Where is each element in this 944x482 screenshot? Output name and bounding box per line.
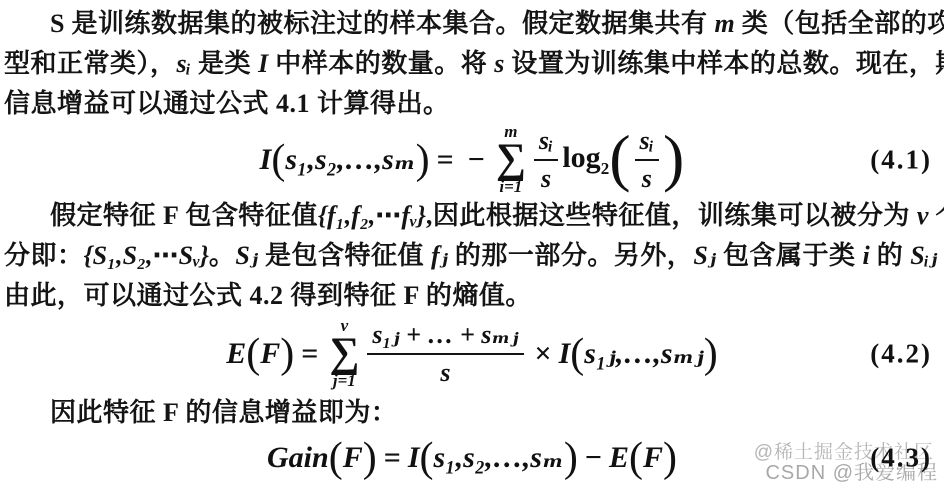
text-run: 分即： <box>4 241 84 270</box>
text-run: 信息增益可以通过公式 4.1 计算得出。 <box>4 89 450 118</box>
denominator: s <box>541 161 551 194</box>
times-sign: × <box>535 337 552 370</box>
var-Sj-2: Sⱼ <box>693 241 716 270</box>
fraction-si-over-s: sᵢs <box>534 126 559 194</box>
text-run: 由此，可以通过公式 4.2 得到特征 F 的熵值。 <box>4 281 532 310</box>
formula-rhs: ×I(s₁ⱼ,…,sₘⱼ) <box>528 339 718 369</box>
numerator: sᵢ <box>635 126 660 161</box>
equation-number-4-3: (4.3) <box>870 443 932 474</box>
paragraph-2: 假定特征 F 包含特征值{f₁,f₂,⋯fᵥ},因此根据这些特征值，训练集可以被… <box>0 196 944 316</box>
var-I: I <box>258 49 268 78</box>
formula-4-1-row: I(s₁,s₂,…,sₘ)=− m∑i=1 sᵢs log2 ( sᵢs ) (… <box>0 124 944 196</box>
text-run: 。 <box>209 241 236 270</box>
numerator: sᵢ <box>534 126 559 161</box>
formula-gain: Gain(F)=I(s₁,s₂,…,sₘ)−E(F) <box>267 443 677 473</box>
func-I: I <box>260 143 272 176</box>
text-run: 个部 <box>928 201 944 230</box>
formula-4-3: Gain(F)=I(s₁,s₂,…,sₘ)−E(F) <box>267 443 677 473</box>
paragraph-1-line-3: 信息增益可以通过公式 4.1 计算得出。 <box>0 84 944 124</box>
formula-4-2-row: E(F)= v∑j=1 s₁ⱼ + … + sₘⱼs ×I(s₁ⱼ,…,sₘⱼ)… <box>0 316 944 392</box>
formula-4-2: E(F)= v∑j=1 s₁ⱼ + … + sₘⱼs ×I(s₁ⱼ,…,sₘⱼ) <box>226 317 718 390</box>
text-run: 是类 <box>191 49 258 78</box>
arg-F: F <box>260 337 280 370</box>
sigma-symbol: ∑ <box>329 336 359 372</box>
var-si: sᵢ <box>177 49 192 78</box>
numerator: s₁ⱼ + … + sₘⱼ <box>367 320 523 355</box>
sum-lower-limit: i=1 <box>499 178 522 197</box>
paragraph-3: 因此特征 F 的信息增益即为： <box>0 392 944 434</box>
paragraph-1-line-1: S 是训练数据集的被标注过的样本集合。假定数据集共有 m 类（包括全部的攻击类 <box>0 4 944 44</box>
args-s1j-smj: s₁ⱼ,…,sₘⱼ <box>584 337 703 370</box>
equation-number-4-2: (4.2) <box>870 339 932 370</box>
var-Sij: Sᵢⱼ <box>910 241 937 270</box>
formula-4-1: I(s₁,s₂,…,sₘ)=− m∑i=1 sᵢs log2 ( sᵢs ) <box>260 123 685 196</box>
args-s1-sm: s₁,s₂,…,sₘ <box>285 143 415 176</box>
fraction-si-over-s-2: sᵢs <box>635 126 660 194</box>
set-S-values: {S₁,S₂,⋯Sᵥ} <box>84 241 209 270</box>
var-m: m <box>714 9 734 38</box>
minus-sign: − <box>468 143 485 176</box>
func-E: E <box>609 441 629 474</box>
denominator: s <box>440 355 450 388</box>
text-run: 因此特征 F 的信息增益即为： <box>50 398 397 427</box>
equals-sign: = <box>384 441 401 474</box>
denominator: s <box>642 161 652 194</box>
formula-lhs: I(s₁,s₂,…,sₘ)=− <box>260 145 492 175</box>
paragraph-2-line-3: 由此，可以通过公式 4.2 得到特征 F 的熵值。 <box>0 276 944 316</box>
minus-sign: − <box>585 441 602 474</box>
arg-F: F <box>343 441 363 474</box>
text-run: 中样本的数量。将 <box>268 49 494 78</box>
summation: v∑j=1 <box>329 317 359 390</box>
text-run: 包含属于类 <box>716 241 863 270</box>
var-i: i <box>863 241 870 270</box>
text-run: ,因此根据这些特征值，训练集可以被分为 <box>426 201 917 230</box>
func-E: E <box>226 337 246 370</box>
equation-number-4-1: (4.1) <box>870 145 932 176</box>
log-base: 2 <box>601 159 610 178</box>
func-I: I <box>408 441 420 474</box>
text-run: 的那一部分。另外， <box>448 241 694 270</box>
text-run: 假定特征 F 包含特征值 <box>50 201 318 230</box>
equals-sign: = <box>301 337 318 370</box>
sum-lower-limit: j=1 <box>333 372 356 391</box>
text-run: 的 <box>870 241 911 270</box>
arg-F-2: F <box>643 441 663 474</box>
func-I: I <box>559 337 571 370</box>
text-run: 设置为训练集中样本的总数。现在，期望 <box>504 49 944 78</box>
text-run: 类（包括全部的攻击类 <box>735 9 944 38</box>
var-S: S <box>50 9 64 38</box>
equals-sign: = <box>437 143 454 176</box>
log-term: log2 <box>562 143 609 177</box>
formula-lhs: E(F)= <box>226 339 325 369</box>
text-run: 个向量。 <box>937 241 944 270</box>
var-v: v <box>917 201 929 230</box>
text-run: 是训练数据集的被标注过的样本集合。假定数据集共有 <box>64 9 714 38</box>
document-page: S 是训练数据集的被标注过的样本集合。假定数据集共有 m 类（包括全部的攻击类 … <box>0 0 944 482</box>
sigma-symbol: ∑ <box>496 142 526 178</box>
var-Sj: Sⱼ <box>235 241 258 270</box>
paragraph-2-line-1: 假定特征 F 包含特征值{f₁,f₂,⋯fᵥ},因此根据这些特征值，训练集可以被… <box>0 196 944 236</box>
log-operator: log <box>562 141 600 174</box>
paragraph-2-line-2: 分即：{S₁,S₂,⋯Sᵥ}。Sⱼ 是包含特征值 fⱼ 的那一部分。另外，Sⱼ … <box>0 236 944 276</box>
func-Gain: Gain <box>267 441 329 474</box>
text-run: 是包含特征值 <box>258 241 431 270</box>
summation: m∑i=1 <box>496 123 526 196</box>
paragraph-1-line-2: 型和正常类），sᵢ 是类 I 中样本的数量。将 s 设置为训练集中样本的总数。现… <box>0 44 944 84</box>
paragraph-1: S 是训练数据集的被标注过的样本集合。假定数据集共有 m 类（包括全部的攻击类 … <box>0 0 944 124</box>
set-f-values: {f₁,f₂,⋯fᵥ} <box>318 201 426 230</box>
fraction-s1j-smj-over-s: s₁ⱼ + … + sₘⱼs <box>367 320 523 388</box>
var-s: s <box>494 49 504 78</box>
args-s1-sm: s₁,s₂,…,sₘ <box>434 441 564 474</box>
text-run: 型和正常类）， <box>4 49 177 78</box>
var-fj: fⱼ <box>431 241 448 270</box>
